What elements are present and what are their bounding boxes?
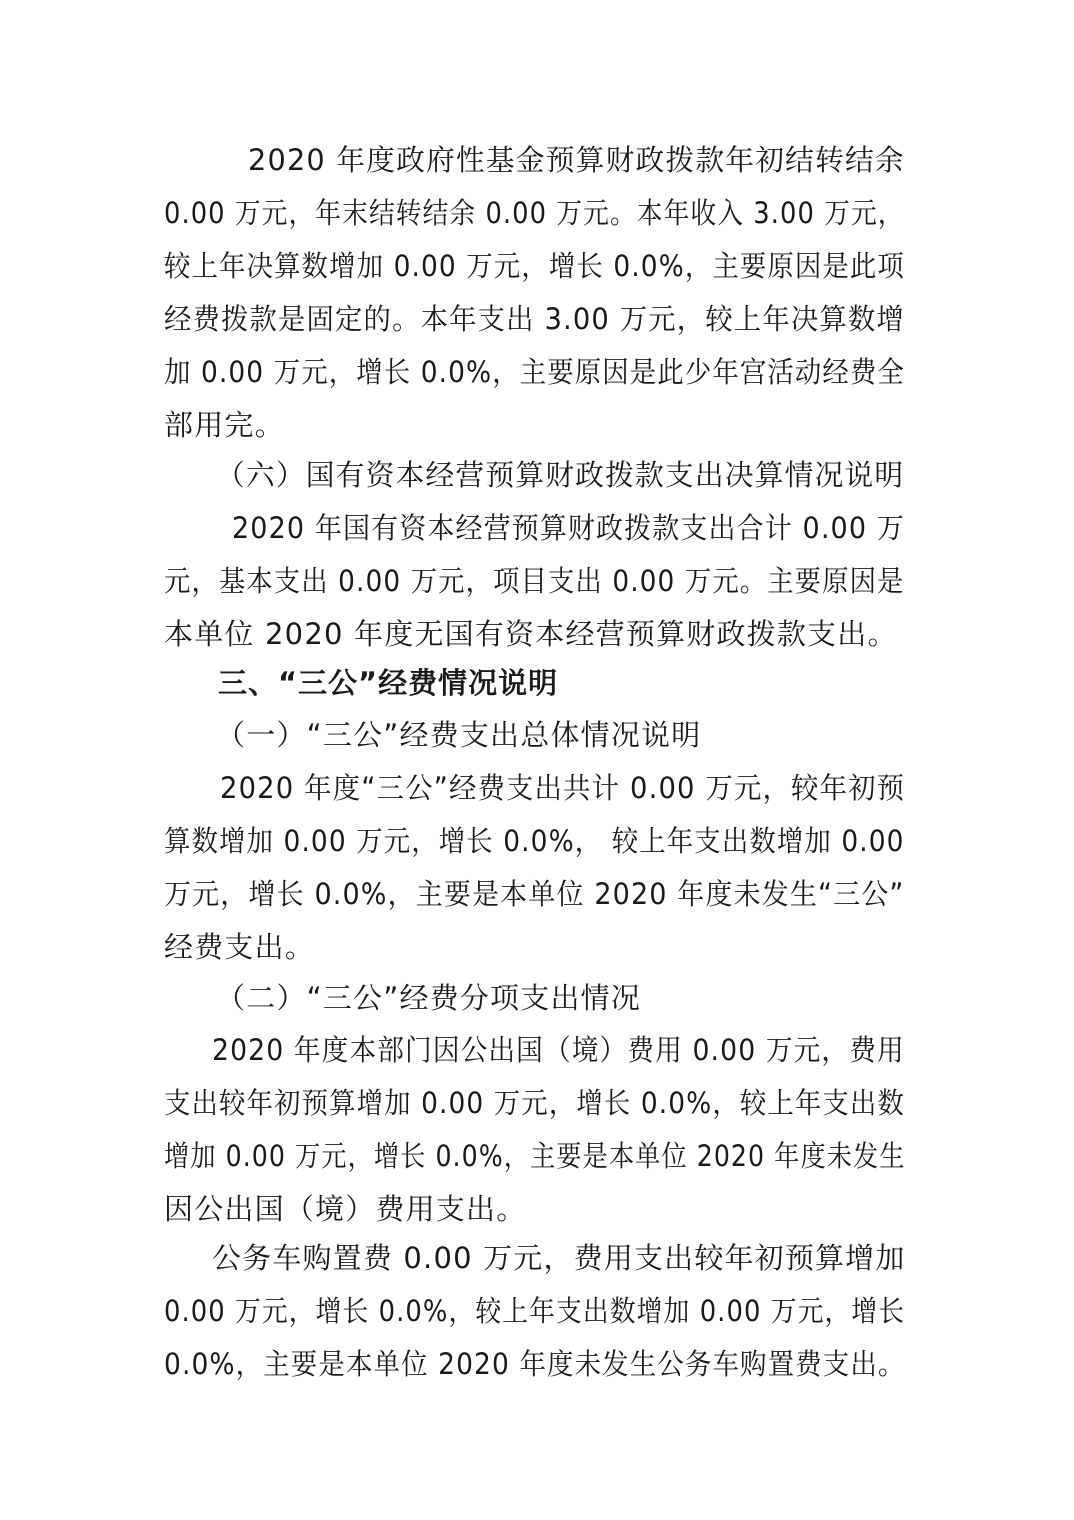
paragraph-line: 元，基本支出 0.00 万元，项目支出 0.00 万元。主要原因是 (164, 563, 904, 599)
paragraph-line: 加 0.00 万元，增长 0.0%，主要原因是此少年宫活动经费全 (164, 354, 905, 390)
section-3-heading: 三、“三公”经费情况说明 (218, 665, 558, 701)
paragraph-line: 本单位 2020 年度无国有资本经营预算财政拨款支出。 (164, 616, 898, 652)
paragraph-line: 部用完。 (164, 407, 285, 443)
paragraph-line: 2020 年度政府性基金预算财政拨款年初结转结余 (248, 142, 905, 178)
paragraph-line: 较上年决算数增加 0.00 万元，增长 0.0%，主要原因是此项 (164, 248, 905, 284)
paragraph-line: 0.0%，主要是本单位 2020 年度未发生公务车购置费支出。 (164, 1346, 905, 1382)
paragraph-line: 经费支出。 (164, 929, 315, 965)
paragraph-line: 支出较年初预算增加 0.00 万元，增长 0.0%，较上年支出数 (164, 1085, 905, 1121)
subsection-2-heading: （二）“三公”经费分项支出情况 (216, 980, 641, 1016)
paragraph-line: 0.00 万元，年末结转结余 0.00 万元。本年收入 3.00 万元， (164, 195, 905, 231)
section-6-heading: （六）国有资本经营预算财政拨款支出决算情况说明 (216, 457, 904, 493)
paragraph-line: 增加 0.00 万元，增长 0.0%，主要是本单位 2020 年度未发生 (164, 1138, 906, 1174)
paragraph-line: 经费拨款是固定的。本年支出 3.00 万元，较上年决算数增 (164, 301, 905, 337)
paragraph-line: 0.00 万元，增长 0.0%，较上年支出数增加 0.00 万元，增长 (164, 1293, 905, 1329)
paragraph-line: 2020 年度“三公”经费支出共计 0.00 万元，较年初预 (220, 770, 905, 806)
subsection-1-heading: （一）“三公”经费支出总体情况说明 (216, 717, 701, 753)
paragraph-line: 因公出国（境）费用支出。 (164, 1191, 526, 1227)
paragraph-line: 2020 年国有资本经营预算财政拨款支出合计 0.00 万 (232, 510, 905, 546)
paragraph-line: 2020 年度本部门因公出国（境）费用 0.00 万元，费用 (212, 1032, 905, 1068)
paragraph-line: 万元，增长 0.0%，主要是本单位 2020 年度未发生“三公” (164, 876, 905, 912)
document-page: 2020 年度政府性基金预算财政拨款年初结转结余 0.00 万元，年末结转结余 … (0, 0, 1074, 1520)
paragraph-line: 算数增加 0.00 万元，增长 0.0%， 较上年支出数增加 0.00 (164, 823, 905, 859)
paragraph-line: 公务车购置费 0.00 万元，费用支出较年初预算增加 (212, 1240, 906, 1276)
